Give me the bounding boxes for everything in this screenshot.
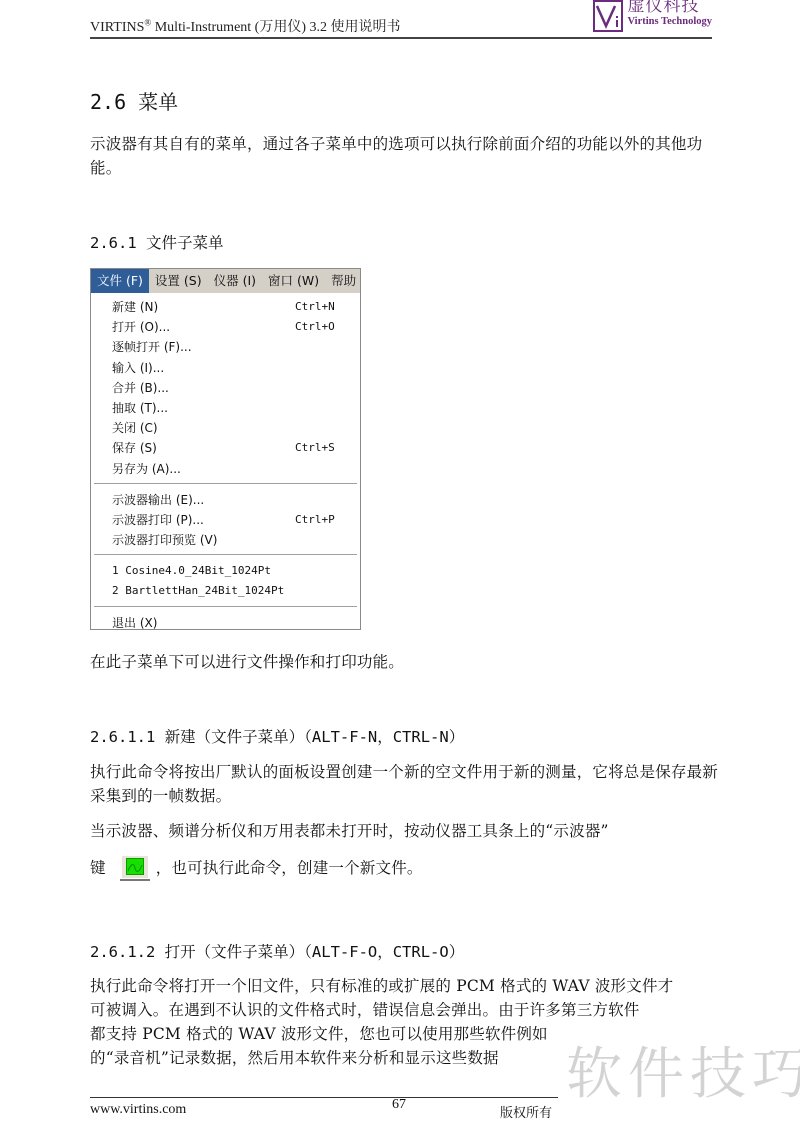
menu-item-save-as[interactable]: 另存为 (A)... (91, 459, 360, 479)
shortcut-label: Ctrl+S (295, 438, 335, 458)
menu-item-exit[interactable]: 退出 (X) (91, 613, 360, 630)
menu-item-import[interactable]: 输入 (I)... (91, 358, 360, 378)
shortcut-label: Ctrl+O (295, 317, 335, 337)
file-menu-screenshot: 文件 (F) 设置 (S) 仪器 (I) 窗口 (W) 帮助 新建 (N)Ctr… (90, 268, 361, 630)
footer-url: www.virtins.com (90, 1102, 186, 1118)
menu-item-label: 输入 (I)... (112, 361, 164, 375)
menu-bar: 文件 (F) 设置 (S) 仪器 (I) 窗口 (W) 帮助 (91, 269, 360, 293)
menu-item-label: 合并 (B)... (112, 381, 169, 395)
menu-item-recent-1[interactable]: 1 Cosine4.0_24Bit_1024Pt (91, 561, 360, 581)
open-desc-line: 可被调入。在遇到不认识的文件格式时，错误信息会弹出。由于许多第三方软件 (90, 998, 718, 1022)
menu-item-scope-export[interactable]: 示波器输出 (E)... (91, 490, 360, 510)
menu-instrument[interactable]: 仪器 (I) (208, 269, 262, 293)
menu-item-open[interactable]: 打开 (O)...Ctrl+O (91, 317, 360, 337)
open-command-heading: 2.6.1.2 打开（文件子菜单）（ALT-F-O，CTRL-O） (90, 940, 464, 962)
menu-item-new[interactable]: 新建 (N)Ctrl+N (91, 297, 360, 317)
new-command-toolbar-note: 当示波器、频谱分析仪和万用表都未打开时，按动仪器工具条上的“示波器” (90, 819, 718, 843)
page-header: VIRTINS® Multi-Instrument (万用仪) 3.2 使用说明… (90, 0, 712, 40)
menu-item-save[interactable]: 保存 (S)Ctrl+S (91, 438, 360, 458)
logo-chinese-name: 虚仪科技 (627, 0, 699, 15)
menu-settings[interactable]: 设置 (S) (149, 269, 208, 293)
new-command-heading: 2.6.1.1 新建（文件子菜单）（ALT-F-N，CTRL-N） (90, 725, 464, 747)
virtins-logo: 虚仪科技 Virtins Technology (593, 0, 712, 34)
menu-item-scope-print[interactable]: 示波器打印 (P)...Ctrl+P (91, 510, 360, 530)
section-intro: 示波器有其自有的菜单，通过各子菜单中的选项可以执行除前面介绍的功能以外的其他功能… (90, 132, 718, 180)
menu-item-label: 退出 (X) (112, 616, 157, 630)
header-divider (90, 37, 712, 39)
logo-english-name: Virtins Technology (627, 15, 712, 29)
oscilloscope-button-icon (120, 856, 150, 882)
new-command-desc: 执行此命令将按出厂默认的面板设置创建一个新的空文件用于新的测量，它将总是保存最新… (90, 760, 718, 808)
file-dropdown: 新建 (N)Ctrl+N 打开 (O)...Ctrl+O 逐帧打开 (F)...… (91, 293, 360, 630)
menu-item-label: 抽取 (T)... (112, 401, 168, 415)
menu-separator (94, 554, 357, 556)
watermark: 软件技巧 (566, 1030, 800, 1110)
menu-separator (94, 606, 357, 608)
menu-item-label: 逐帧打开 (F)... (112, 340, 192, 354)
menu-item-label: 示波器打印预览 (V) (112, 533, 217, 547)
title-rest: Multi-Instrument (万用仪) 3.2 使用说明书 (151, 20, 400, 35)
shortcut-label: Ctrl+P (295, 510, 335, 530)
menu-help[interactable]: 帮助 (325, 269, 361, 293)
menu-item-label: 示波器输出 (E)... (112, 493, 204, 507)
title-brand: VIRTINS (90, 20, 144, 35)
shortcut-label: Ctrl+N (295, 297, 335, 317)
virtins-logo-icon (593, 0, 623, 32)
menu-item-label: 保存 (S) (112, 441, 157, 455)
page-number: 67 (392, 1097, 406, 1113)
menu-item-merge[interactable]: 合并 (B)... (91, 378, 360, 398)
menu-separator (94, 483, 357, 485)
menu-item-open-frame[interactable]: 逐帧打开 (F)... (91, 337, 360, 357)
footer-divider (90, 1097, 558, 1098)
menu-description: 在此子菜单下可以进行文件操作和打印功能。 (90, 650, 718, 674)
open-desc-line: 执行此命令将打开一个旧文件，只有标准的或扩展的 PCM 格式的 WAV 波形文件… (90, 974, 718, 998)
menu-window[interactable]: 窗口 (W) (262, 269, 325, 293)
menu-item-label: 新建 (N) (112, 300, 158, 314)
section-heading: 2.6 菜单 (90, 86, 178, 115)
menu-item-label: 2 BartlettHan_24Bit_1024Pt (112, 584, 284, 597)
subsection-heading: 2.6.1 文件子菜单 (90, 231, 224, 253)
menu-item-scope-print-preview[interactable]: 示波器打印预览 (V) (91, 530, 360, 550)
menu-item-label: 1 Cosine4.0_24Bit_1024Pt (112, 564, 271, 577)
menu-item-label: 打开 (O)... (112, 320, 170, 334)
new-command-key-line: 键，也可执行此命令，创建一个新文件。 (90, 856, 718, 882)
menu-item-label: 示波器打印 (P)... (112, 513, 204, 527)
key-line-rest: ，也可执行此命令，创建一个新文件。 (156, 859, 423, 877)
menu-item-extract[interactable]: 抽取 (T)... (91, 398, 360, 418)
menu-item-close[interactable]: 关闭 (C) (91, 418, 360, 438)
document-title: VIRTINS® Multi-Instrument (万用仪) 3.2 使用说明… (90, 16, 401, 36)
menu-item-label: 关闭 (C) (112, 421, 158, 435)
menu-file[interactable]: 文件 (F) (91, 269, 149, 293)
key-label: 键 (90, 859, 106, 877)
footer-copyright: 版权所有 (500, 1102, 552, 1121)
menu-item-label: 另存为 (A)... (112, 462, 181, 476)
menu-item-recent-2[interactable]: 2 BartlettHan_24Bit_1024Pt (91, 581, 360, 601)
